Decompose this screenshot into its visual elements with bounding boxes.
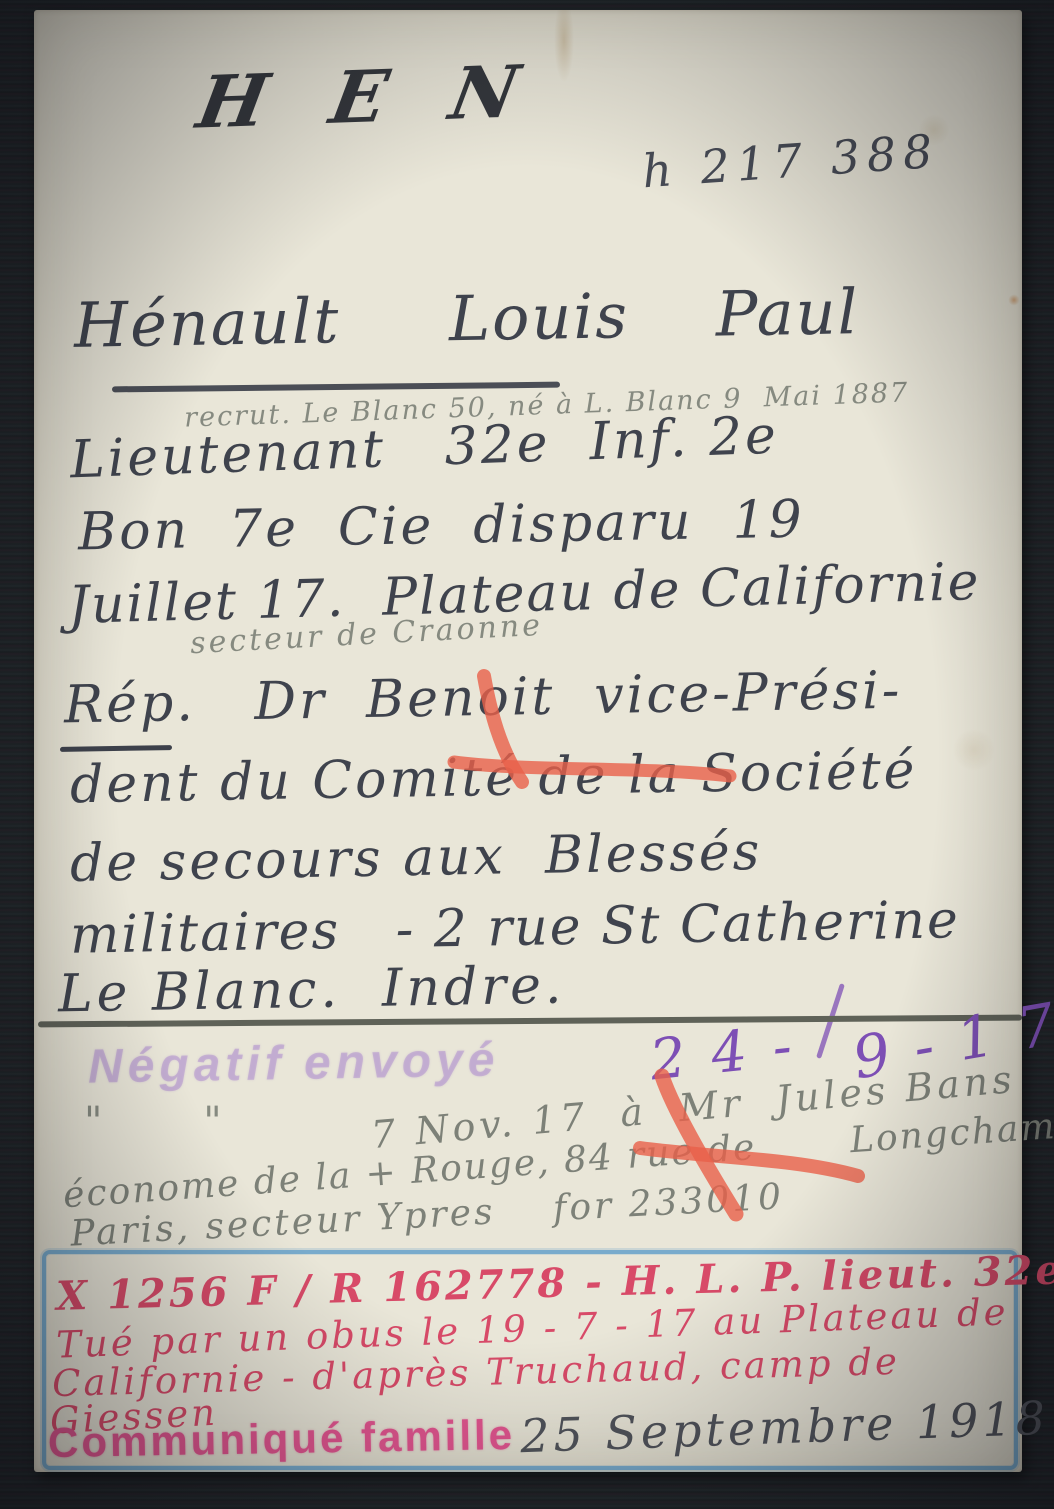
reply-line-4: militaires - 2 rue St Catherine bbox=[70, 894, 961, 962]
reply-underline bbox=[60, 745, 172, 752]
communique-famille-stamp: Communiqué famille bbox=[48, 1414, 516, 1464]
scanner-background: HEN h 217 388 Hénault Louis Paul recrut.… bbox=[0, 0, 1054, 1509]
rank-unit-line: Lieutenant 32e Inf. 2e bbox=[69, 410, 779, 487]
soldier-name: Hénault Louis Paul bbox=[74, 281, 860, 357]
negatif-envoye-stamp: Négatif envoyé bbox=[88, 1036, 500, 1091]
file-number: h 217 388 bbox=[641, 128, 941, 195]
battalion-line: Bon 7e Cie disparu 19 bbox=[78, 494, 806, 559]
name-underline bbox=[112, 382, 560, 393]
red-crayon-mark-bottom bbox=[614, 1072, 874, 1222]
index-letters-stamp: HEN bbox=[192, 53, 588, 138]
reply-line-3: de secours aux Blessés bbox=[70, 826, 763, 890]
reply-line-5: Le Blanc. Indre. bbox=[58, 960, 566, 1021]
red-crayon-mark-top bbox=[412, 670, 742, 800]
ditto-marks: " " bbox=[84, 1102, 232, 1142]
archive-card: HEN h 217 388 Hénault Louis Paul recrut.… bbox=[34, 10, 1022, 1472]
